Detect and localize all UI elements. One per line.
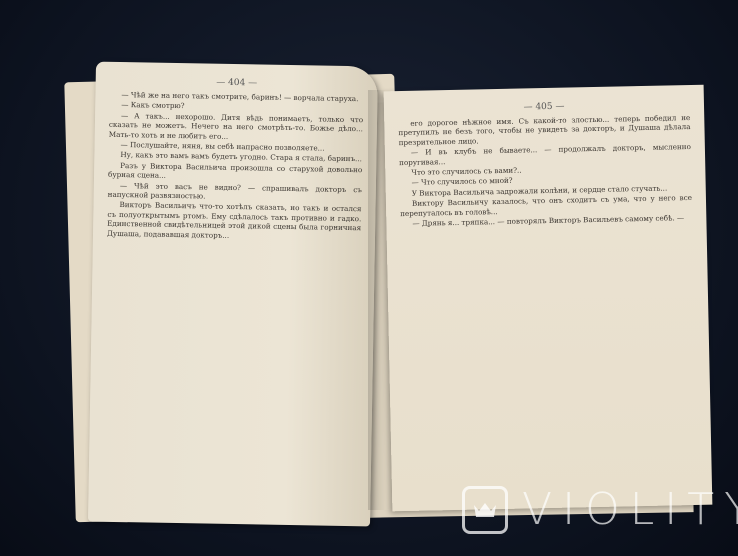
right-page-text: его дорогое нѣжное имя. Съ какой-то злос…	[384, 113, 706, 229]
left-book-page: — 404 — — Чѣй же на него такъ смотрите, …	[88, 62, 378, 527]
watermark-text: VIOLITY	[522, 484, 738, 535]
book-spine-shadow	[368, 90, 386, 510]
left-page-number: — 404 —	[96, 76, 378, 91]
paragraph: Викторъ Васильичъ что-то хотѣлъ сказать,…	[107, 200, 362, 242]
violity-watermark: VIOLITY	[462, 484, 738, 535]
crown-icon	[462, 486, 508, 534]
paragraph: — А такъ... нехорошо. Дитя вѣдь понимает…	[109, 111, 363, 144]
right-loose-page: — 405 — его дорогое нѣжное имя. Съ какой…	[384, 85, 713, 512]
left-page-text: — Чѣй же на него такъ смотрите, баринъ! …	[93, 90, 378, 243]
